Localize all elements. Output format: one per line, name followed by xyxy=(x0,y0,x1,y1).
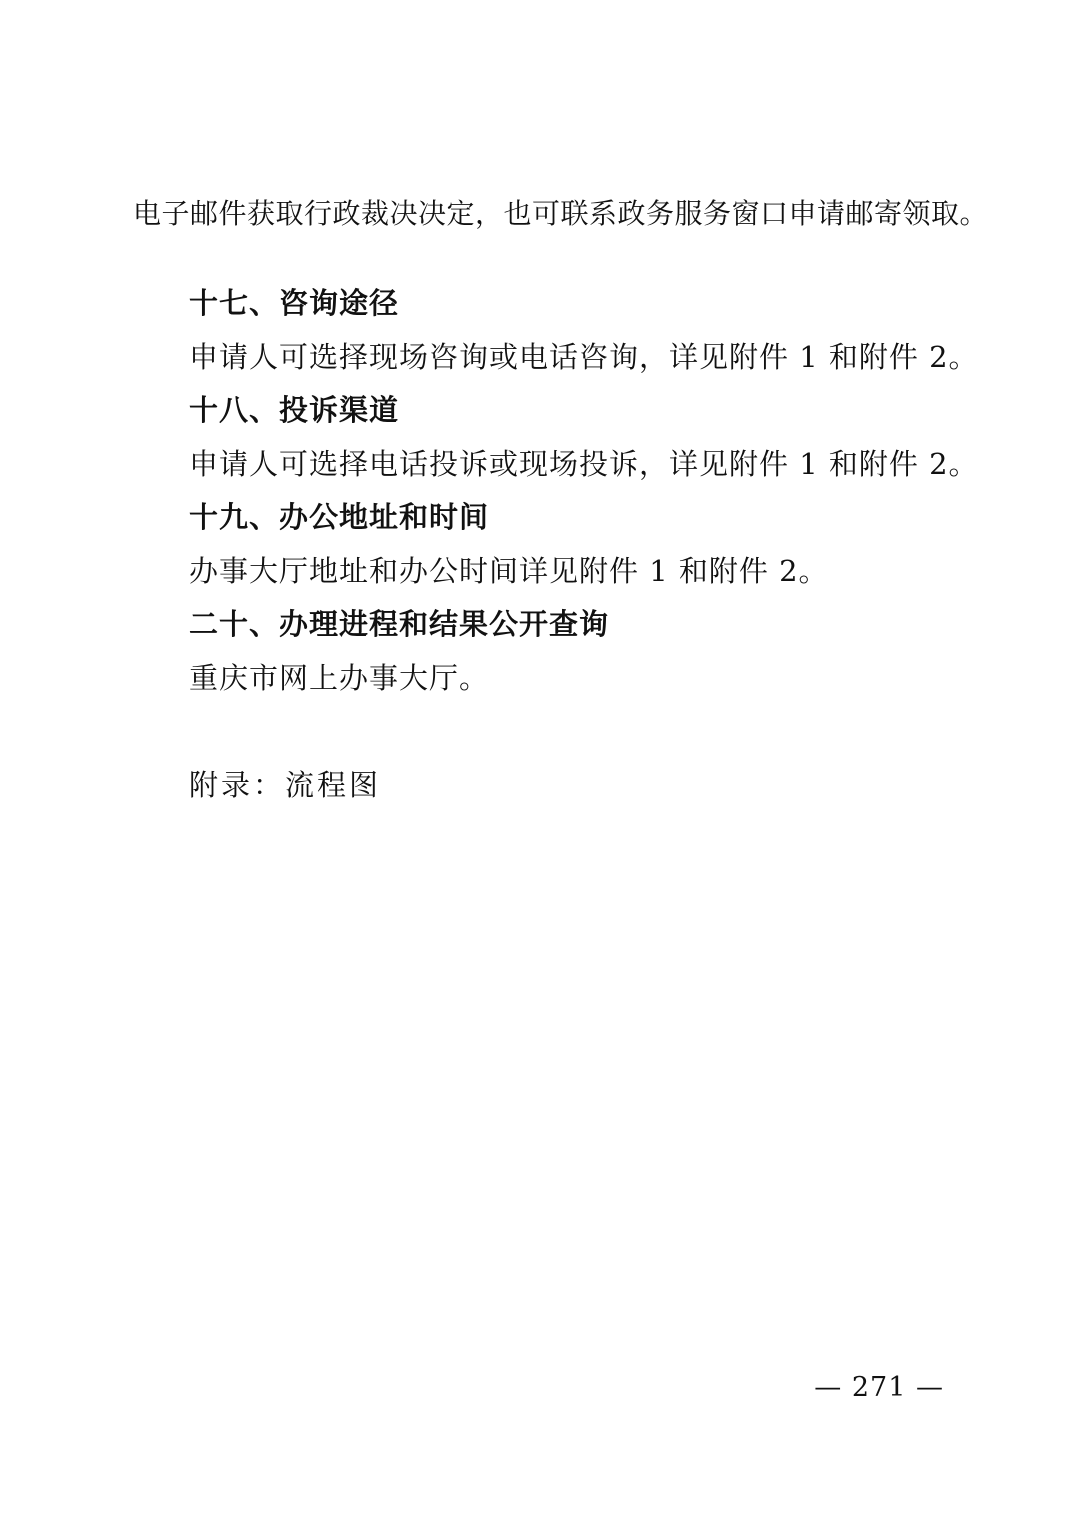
section-body-20: 重庆市网上办事大厅。 xyxy=(189,656,489,697)
section-body-17: 申请人可选择现场咨询或电话咨询，详见附件 1 和附件 2。 xyxy=(189,335,979,376)
appendix-note: 附录：流程图 xyxy=(189,763,381,804)
continuation-paragraph: 电子邮件获取行政裁决决定，也可联系政务服务窗口申请邮寄领取。 xyxy=(133,192,988,232)
section-body-19: 办事大厅地址和办公时间详见附件 1 和附件 2。 xyxy=(189,549,829,590)
section-body-18: 申请人可选择电话投诉或现场投诉，详见附件 1 和附件 2。 xyxy=(189,442,979,483)
page-number: — 271 — xyxy=(814,1372,944,1403)
section-heading-20: 二十、办理进程和结果公开查询 xyxy=(189,602,609,643)
section-heading-18: 十八、投诉渠道 xyxy=(189,388,399,429)
section-heading-17: 十七、咨询途径 xyxy=(189,281,399,322)
document-page: 电子邮件获取行政裁决决定，也可联系政务服务窗口申请邮寄领取。 十七、咨询途径 申… xyxy=(0,0,1074,1520)
section-heading-19: 十九、办公地址和时间 xyxy=(189,495,489,536)
